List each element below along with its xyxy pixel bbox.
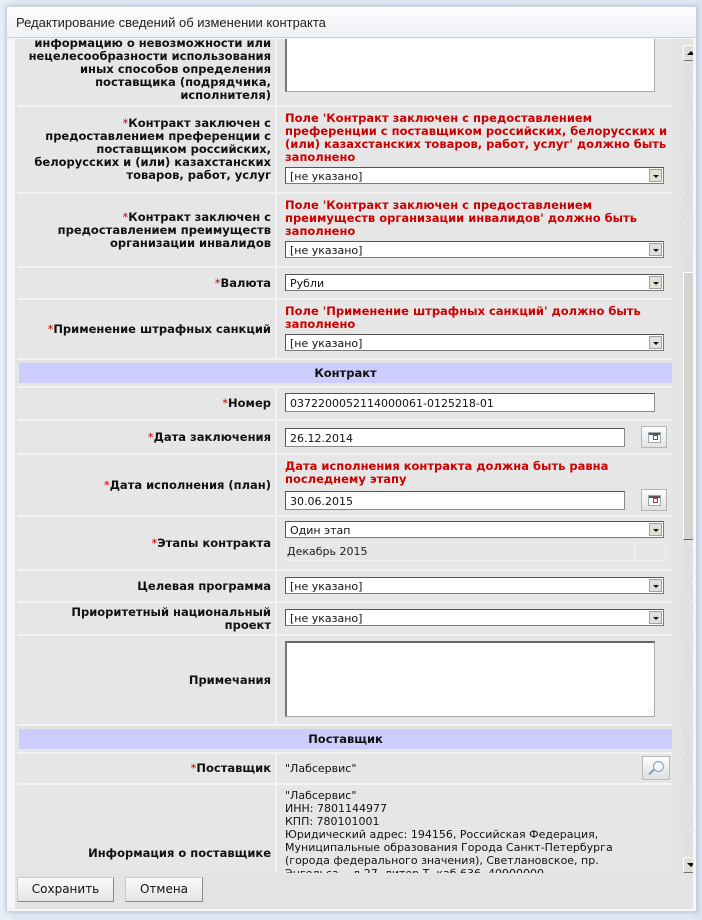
form-scroll-area: информацию о невозможности или нецелесоо… [15,39,693,873]
number-input[interactable]: 0372200052114000061-0125218-01 [285,393,655,412]
supplier-value: "Лабсервис" [285,762,672,775]
cancel-button[interactable]: Отмена [125,877,203,902]
dropdown-arrow-icon[interactable] [649,243,662,256]
row-notes: Примечания ⁘ [17,636,672,726]
target-program-label: Целевая программа [17,571,277,601]
row-supplier-info: Информация о поставщике "Лабсервис" ИНН:… [17,785,672,873]
dropdown-arrow-icon[interactable] [649,276,662,289]
save-button[interactable]: Сохранить [17,877,114,902]
label-line: товаров, работ, услуг [34,169,271,182]
currency-select[interactable]: Рубли [285,274,664,291]
notes-label: Примечания [17,636,277,724]
label-text: Валюта [220,276,271,290]
dropdown-arrow-icon[interactable] [649,169,662,182]
stages-label: *Этапы контракта [17,517,277,569]
label-line: Контракт заключен с [128,210,271,224]
label-text: Номер [228,396,271,410]
national-project-label: Приоритетный национальный проект [17,603,277,634]
date-signed-label: *Дата заключения [17,421,277,453]
select-value: [не указано] [290,580,362,593]
date-signed-input[interactable]: 26.12.2014 [285,428,625,447]
select-value: Один этап [290,524,350,537]
stage-table-row: Декабрь 2015 [285,542,666,561]
section-supplier-row: Поставщик [17,729,672,754]
label-line: исполнителя) [29,89,271,102]
select-value: [не указано] [290,337,362,350]
currency-label: *Валюта [17,268,277,298]
resize-grip-icon[interactable]: ⁘ [647,708,652,714]
select-value: [не указано] [290,170,362,183]
penalties-error: Поле 'Применение штрафных санкций' должн… [285,305,672,331]
row-date-execution: *Дата исполнения (план) Дата исполнения … [17,455,672,517]
row-number: *Номер 0372200052114000061-0125218-01 [17,388,672,421]
label-text: Дата исполнения (план) [110,478,271,492]
row-justification: информацию о невозможности или нецелесоо… [17,39,672,107]
vertical-scrollbar[interactable] [683,45,693,873]
row-preference: *Контракт заключен с предоставлением пре… [17,107,672,194]
dropdown-arrow-icon[interactable] [649,523,662,536]
section-contract-header: Контракт [19,363,672,383]
date-execution-calendar-button[interactable] [641,489,667,511]
date-execution-error: Дата исполнения контракта должна быть ра… [285,460,625,486]
magnifier-handle [648,769,654,775]
dialog-footer: Сохранить Отмена [15,873,693,909]
row-stages: *Этапы контракта Один этап Декабрь 2015 [17,517,672,571]
supplier-info-line: Муниципальные образования Города Санкт-П… [285,841,672,854]
penalties-label: *Применение штрафных санкций [17,300,277,358]
label-line: организации инвалидов [58,237,271,250]
supplier-info-line: ИНН: 7801144977 [285,802,672,815]
preference-label: *Контракт заключен с предоставлением пре… [17,107,277,192]
select-value: [не указано] [290,612,362,625]
stages-select[interactable]: Один этап [285,521,664,538]
dropdown-arrow-icon[interactable] [649,611,662,624]
supplier-label: *Поставщик [17,754,277,783]
row-penalties: *Применение штрафных санкций Поле 'Приме… [17,300,672,360]
supplier-info-line: КПП: 780101001 [285,815,672,828]
date-execution-input[interactable]: 30.06.2015 [285,491,625,510]
row-disabled-org: *Контракт заключен с предоставлением пре… [17,194,672,268]
disabled-org-label: *Контракт заключен с предоставлением пре… [17,194,277,266]
justification-textarea[interactable] [285,39,655,92]
supplier-info-line: Юридический адрес: 194156, Российская Фе… [285,828,672,841]
date-execution-label: *Дата исполнения (план) [17,455,277,515]
row-currency: *Валюта Рубли [17,268,672,300]
calendar-icon [648,432,661,443]
justification-label: информацию о невозможности или нецелесоо… [17,39,277,105]
row-target-program: Целевая программа [не указано] [17,571,672,603]
supplier-info-line: (города федерального значения), Светлано… [285,854,672,867]
preference-error: Поле 'Контракт заключен с предоставление… [285,112,672,164]
national-project-select[interactable]: [не указано] [285,609,664,626]
number-label: *Номер [17,388,277,419]
label-text: Поставщик [196,761,271,775]
form-rows: информацию о невозможности или нецелесоо… [17,39,672,873]
edit-contract-change-dialog: Редактирование сведений об изменении кон… [6,6,697,912]
row-national-project: Приоритетный национальный проект [не ука… [17,603,672,636]
stage-extra-cell [634,543,665,560]
notes-textarea[interactable]: ⁘ [285,641,655,717]
label-text: Дата заключения [154,430,271,444]
stage-period: Декабрь 2015 [286,543,634,560]
select-value: [не указано] [290,244,362,257]
section-contract-row: Контракт [17,363,672,388]
select-value: Рубли [290,277,324,290]
penalties-select[interactable]: [не указано] [285,334,664,351]
row-supplier: *Поставщик "Лабсервис" [17,754,672,785]
disabled-org-error: Поле 'Контракт заключен с предоставление… [285,199,672,238]
label-text: Применение штрафных санкций [53,322,271,336]
scroll-up-arrow-icon[interactable] [683,45,693,61]
dropdown-arrow-icon[interactable] [649,579,662,592]
date-signed-calendar-button[interactable] [641,426,667,448]
dialog-title: Редактирование сведений об изменении кон… [7,7,696,38]
scrollbar-thumb[interactable] [683,272,693,540]
magnifier-icon [653,761,664,772]
label-text: Этапы контракта [157,536,271,550]
label-line: предоставлением преимуществ [58,224,271,237]
scroll-down-arrow-icon[interactable] [683,857,693,873]
supplier-info-line: "Лабсервис" [285,789,672,802]
preference-select[interactable]: [не указано] [285,167,664,184]
dropdown-arrow-icon[interactable] [649,336,662,349]
label-line: Контракт заключен с [128,116,271,130]
supplier-info-label: Информация о поставщике [17,785,277,873]
supplier-search-button[interactable] [642,756,670,780]
section-supplier-header: Поставщик [19,729,672,749]
calendar-icon [648,495,661,506]
row-date-signed: *Дата заключения 26.12.2014 [17,421,672,455]
target-program-select[interactable]: [не указано] [285,577,664,594]
disabled-org-select[interactable]: [не указано] [285,241,664,258]
